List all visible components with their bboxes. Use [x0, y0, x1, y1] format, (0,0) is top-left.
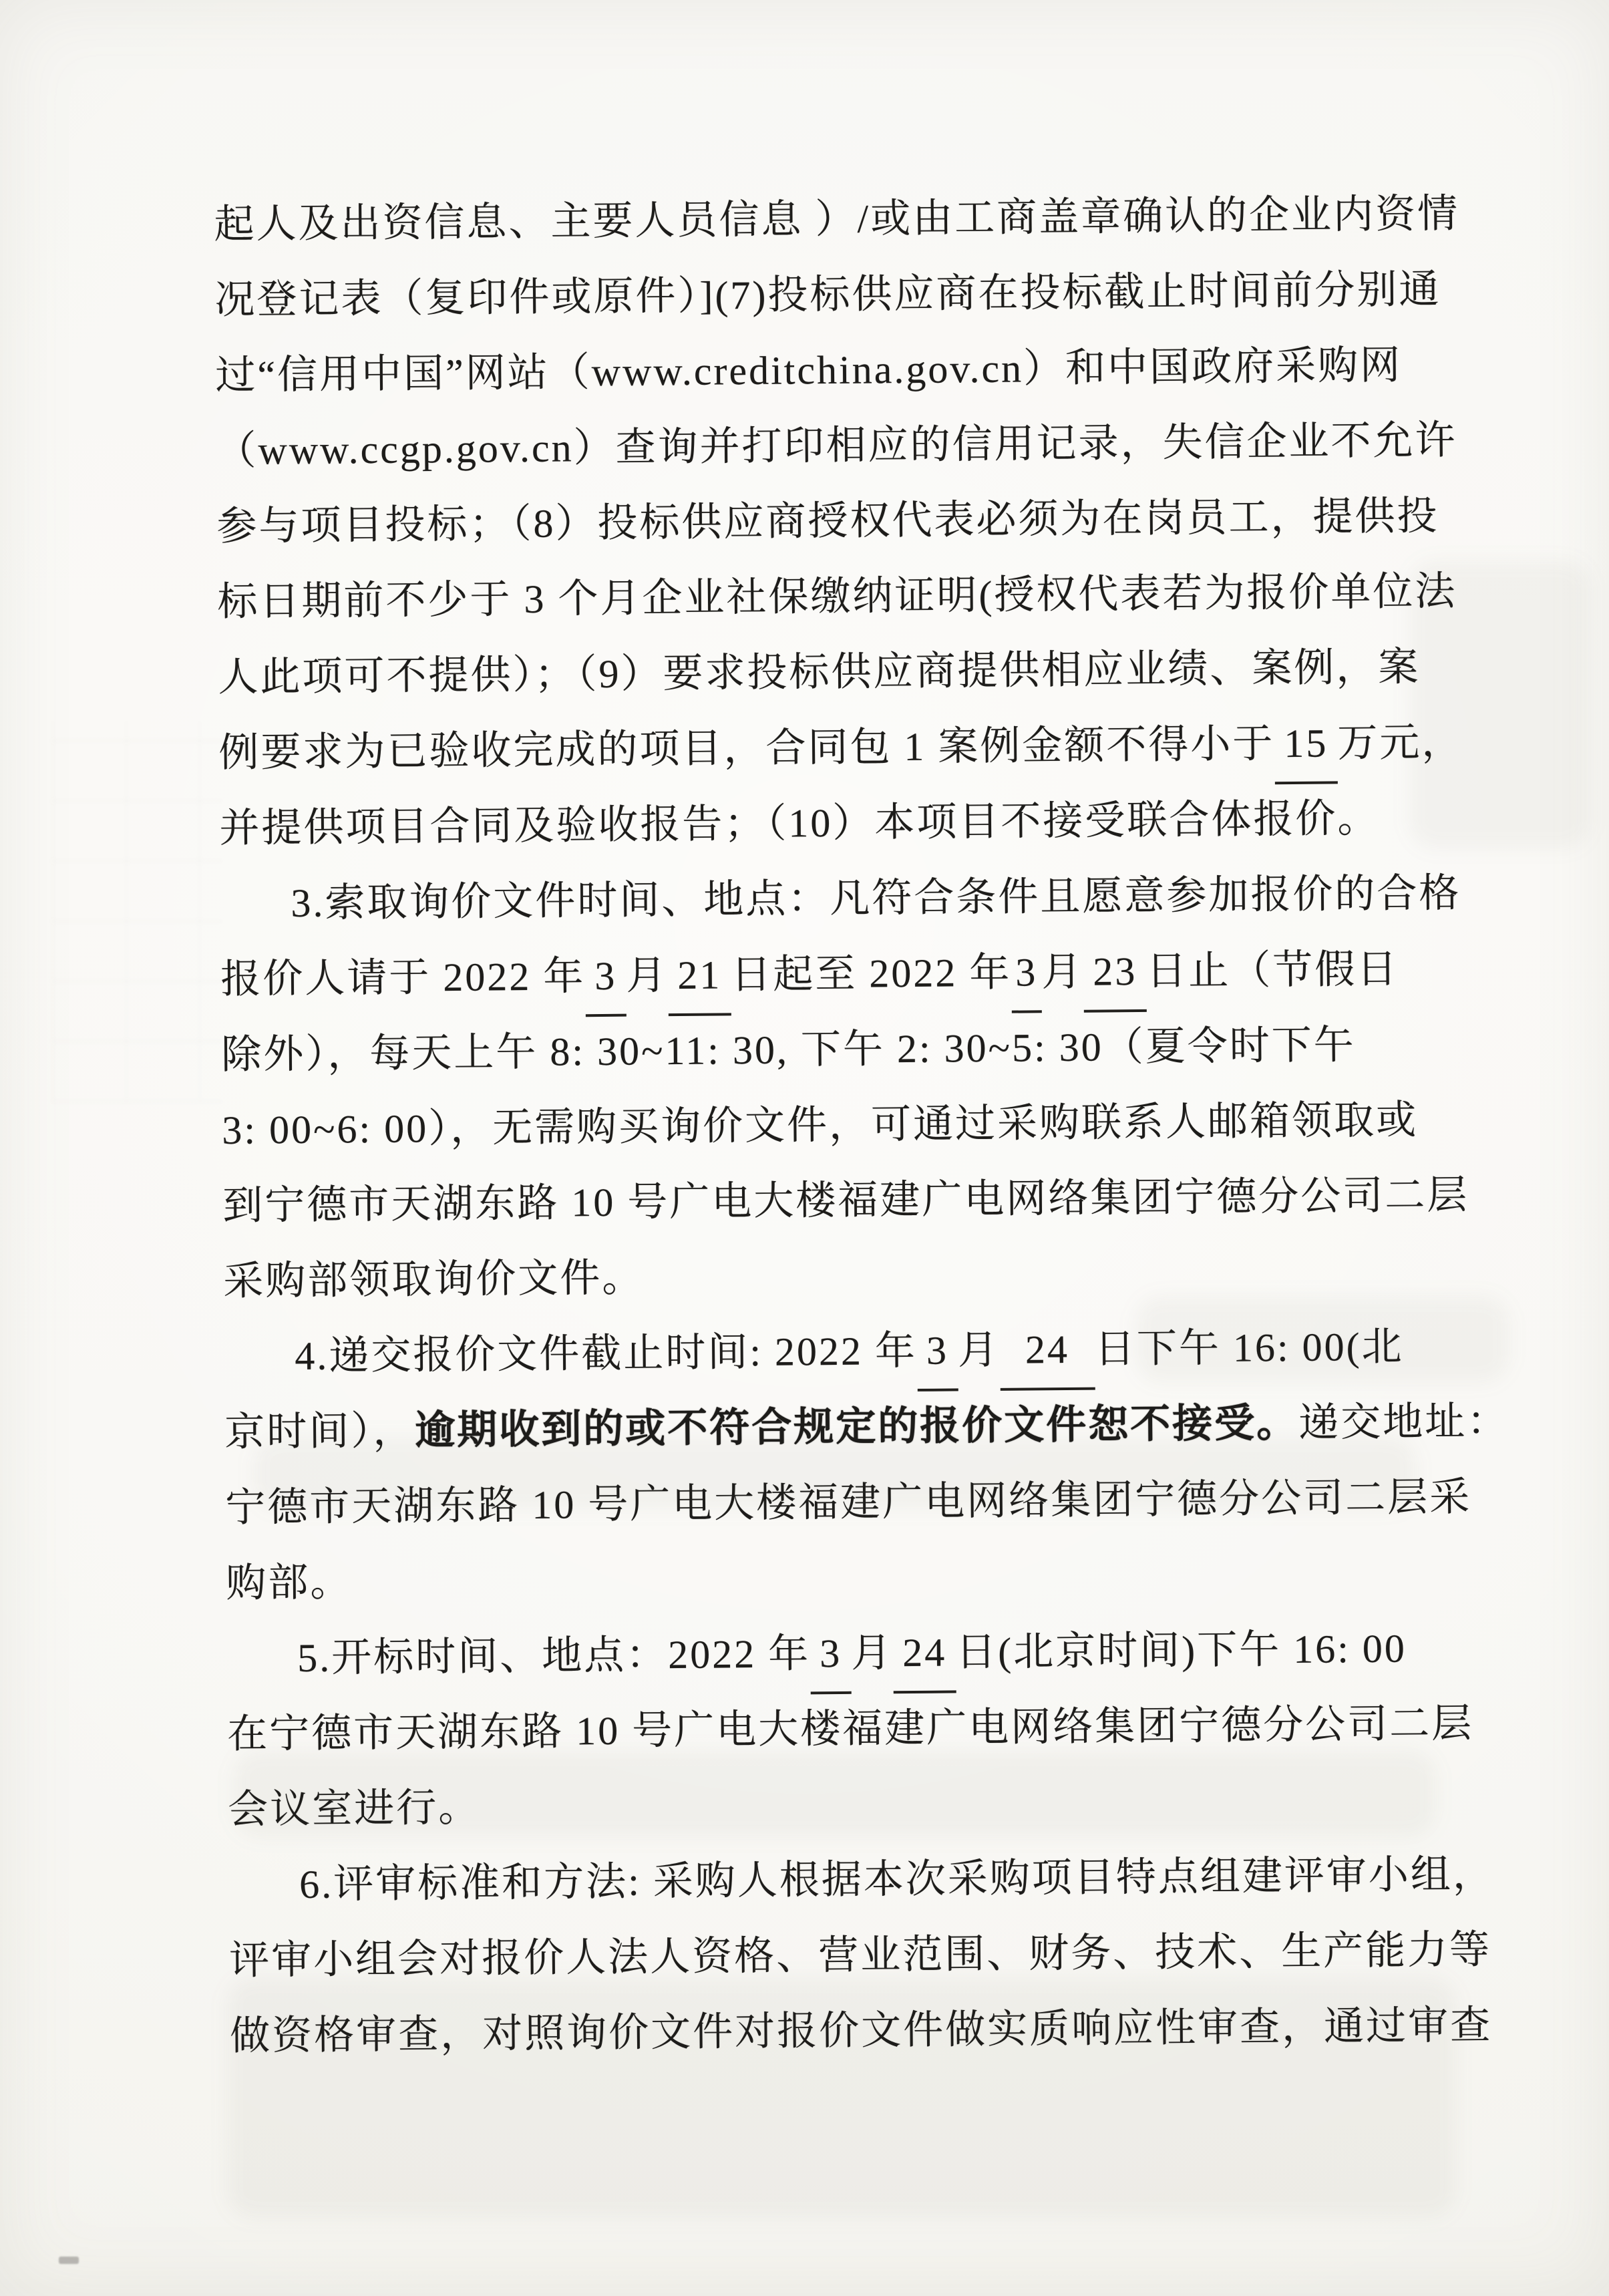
text-segment: 逾期收到的或不符合规定的报价文件恕不接受。 — [415, 1385, 1299, 1469]
text-segment: 24 — [893, 1615, 956, 1693]
text-segment: 月 — [851, 1615, 894, 1691]
text-line: 人此项可不提供）；（9）要求投标供应商提供相应业绩、案例，案 — [218, 629, 1447, 715]
bleedthrough-table-artifact — [52, 721, 222, 1102]
text-segment: 21 — [668, 937, 731, 1016]
text-segment: 万元， — [1337, 705, 1464, 782]
text-segment: 京时间）， — [224, 1393, 415, 1470]
text-line: 做资格审查，对照询价文件对报价文件做实质响应性审查，通过审查 — [230, 1988, 1459, 2074]
text-segment: 采购部领取询价文件。 — [223, 1240, 645, 1319]
text-segment: 3 — [1011, 935, 1042, 1013]
text-segment: （www.ccgp.gov.cn）查询并打印相应的信用记录，失信企业不允许 — [216, 403, 1457, 489]
text-segment: 日下午 16: 00(北 — [1094, 1309, 1404, 1387]
text-line: 标日期前不少于 3 个月企业社保缴纳证明(授权代表若为报价单位法 — [217, 554, 1447, 640]
document-page: 起人及出资信息、主要人员信息 ）/或由工商盖章确认的企业内资情况登记表（复印件或… — [0, 0, 1609, 2296]
text-line: 过“信用中国”网站（www.creditchina.gov.cn）和中国政府采购… — [215, 327, 1445, 414]
text-line: 4.递交报价文件截止时间: 2022 年3月24日下午 16: 00(北 — [224, 1309, 1453, 1395]
text-segment: 月 — [626, 938, 669, 1014]
text-segment: 购部。 — [226, 1544, 353, 1621]
text-line: 报价人请于 2022 年3月21日起至 2022 年3月23日止（节假日 — [220, 931, 1450, 1017]
text-segment: 3.索取询价文件时间、地点：凡符合条件且愿意参加报价的合格 — [291, 856, 1461, 941]
text-line: 3: 00~6: 00），无需购买询价文件，可通过采购联系人邮箱领取或 — [222, 1082, 1451, 1168]
text-segment: 标日期前不少于 3 个月企业社保缴纳证明(授权代表若为报价单位法 — [217, 554, 1457, 640]
document-text: 起人及出资信息、主要人员信息 ）/或由工商盖章确认的企业内资情况登记表（复印件或… — [214, 176, 1459, 2074]
text-segment: 6.评审标准和方法: 采购人根据本次采购项目特点组建评审小组， — [299, 1836, 1495, 1923]
text-segment: 过“信用中国”网站（www.creditchina.gov.cn）和中国政府采购… — [215, 328, 1403, 414]
text-segment: 4.递交报价文件截止时间: 2022 年 — [295, 1313, 918, 1394]
text-segment: 例要求为已验收完成的项目，合同包 1 案例金额不得小于 — [218, 706, 1275, 791]
text-segment: 15 — [1274, 705, 1338, 784]
text-line: 参与项目投标；（8）投标供应商授权代表必须为在岗员工，提供投 — [216, 478, 1446, 564]
text-line: 采购部领取询价文件。 — [223, 1233, 1453, 1319]
text-segment: 3 — [585, 939, 627, 1017]
text-line: 宁德市天湖东路 10 号广电大楼福建广电网络集团宁德分公司二层采 — [225, 1460, 1455, 1546]
text-line: 评审小组会对报价人法人资格、营业范围、财务、技术、生产能力等 — [229, 1913, 1459, 1999]
text-line: 例要求为已验收完成的项目，合同包 1 案例金额不得小于15万元， — [218, 705, 1448, 791]
text-segment: 3: 00~6: 00），无需购买询价文件，可通过采购联系人邮箱领取或 — [222, 1082, 1419, 1168]
text-segment: 日(北京时间)下午 16: 00 — [956, 1611, 1407, 1691]
text-segment: 起人及出资信息、主要人员信息 ）/或由工商盖章确认的企业内资情 — [214, 176, 1460, 263]
text-line: 除外），每天上午 8: 30~11: 30, 下午 2: 30~5: 30（夏令… — [221, 1007, 1451, 1093]
text-segment: 日起至 2022 年 — [731, 935, 1012, 1013]
text-segment: 到宁德市天湖东路 10 号广电大楼福建广电网络集团宁德分公司二层 — [222, 1158, 1469, 1244]
text-segment: 日止（节假日 — [1146, 932, 1399, 1009]
text-segment: 参与项目投标；（8）投标供应商授权代表必须为在岗员工，提供投 — [216, 478, 1439, 564]
text-line: 3.索取询价文件时间、地点：凡符合条件且愿意参加报价的合格 — [220, 856, 1449, 942]
text-segment: 况登记表（复印件或原件）](7)投标供应商在投标截止时间前分别通 — [214, 252, 1441, 338]
text-segment: 并提供项目合同及验收报告；（10）本项目不接受联合体报价。 — [219, 781, 1380, 866]
text-line: 会议室进行。 — [228, 1762, 1457, 1848]
text-line: 在宁德市天湖东路 10 号广电大楼福建广电网络集团宁德分公司二层 — [227, 1686, 1457, 1772]
text-segment: 月 — [957, 1313, 1000, 1389]
text-line: 5.开标时间、地点：2022 年3月24日(北京时间)下午 16: 00 — [226, 1611, 1456, 1697]
text-segment: 人此项可不提供）；（9）要求投标供应商提供相应业绩、案例，案 — [218, 629, 1421, 715]
scan-speck — [59, 2257, 79, 2264]
text-line: （www.ccgp.gov.cn）查询并打印相应的信用记录，失信企业不允许 — [216, 403, 1445, 489]
text-line: 购部。 — [226, 1535, 1455, 1621]
text-segment: 月 — [1041, 935, 1084, 1011]
text-line: 6.评审标准和方法: 采购人根据本次采购项目特点组建评审小组， — [228, 1837, 1458, 1923]
text-line: 京时间），逾期收到的或不符合规定的报价文件恕不接受。递交地址： — [224, 1384, 1454, 1470]
text-segment: 做资格审查，对照询价文件对报价文件做实质响应性审查，通过审查 — [230, 1987, 1493, 2074]
text-segment: 5.开标时间、地点：2022 年 — [297, 1616, 811, 1696]
text-segment: 3 — [810, 1616, 852, 1695]
text-line: 况登记表（复印件或原件）](7)投标供应商在投标截止时间前分别通 — [214, 252, 1444, 338]
text-segment: 宁德市天湖东路 10 号广电大楼福建广电网络集团宁德分公司二层采 — [225, 1460, 1472, 1546]
text-segment: 会议室进行。 — [228, 1770, 481, 1848]
text-segment: 评审小组会对报价人法人资格、营业范围、财务、技术、生产能力等 — [229, 1912, 1492, 1998]
text-segment: 在宁德市天湖东路 10 号广电大楼福建广电网络集团宁德分公司二层 — [227, 1686, 1474, 1772]
text-line: 并提供项目合同及验收报告；（10）本项目不接受联合体报价。 — [219, 780, 1449, 866]
text-segment: 报价人请于 2022 年 — [220, 939, 586, 1017]
text-segment: 除外），每天上午 8: 30~11: 30, 下午 2: 30~5: 30（夏令… — [221, 1007, 1356, 1093]
text-segment: 递交地址： — [1298, 1383, 1509, 1461]
text-line: 到宁德市天湖东路 10 号广电大楼福建广电网络集团宁德分公司二层 — [222, 1158, 1452, 1244]
text-line: 起人及出资信息、主要人员信息 ）/或由工商盖章确认的企业内资情 — [214, 176, 1443, 263]
text-segment: 24 — [999, 1312, 1095, 1391]
text-segment: 23 — [1083, 934, 1147, 1013]
text-segment: 3 — [916, 1313, 958, 1391]
